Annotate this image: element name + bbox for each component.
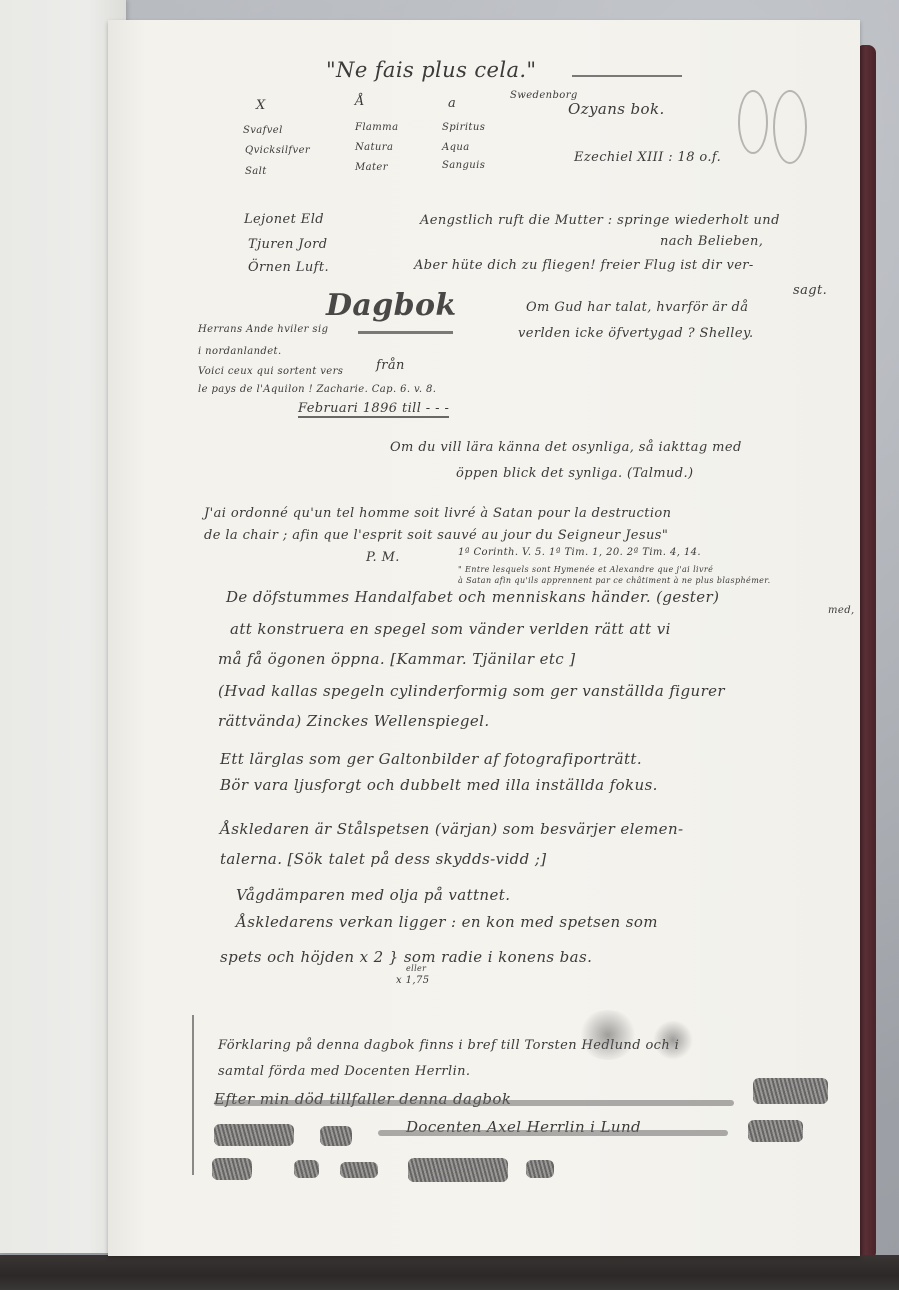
pencil-squiggle-2: [773, 90, 807, 164]
element-line: Tjuren Jord: [248, 237, 327, 252]
talmud-line: öppen blick det synliga. (Talmud.): [456, 466, 693, 481]
symbol-line: Mater: [355, 162, 388, 173]
body-line: (Hvad kallas spegeln cylinderformig som …: [218, 682, 725, 700]
body-line: rättvända) Zinckes Wellenspiegel.: [218, 712, 490, 730]
scribble-out: [753, 1078, 828, 1104]
margin-bracket: [192, 1015, 194, 1175]
symbol-line: Spiritus: [442, 122, 485, 133]
diary-date: Februari 1896 till - - -: [298, 401, 449, 418]
zacharie-line: Voici ceux qui sortent vers: [198, 366, 343, 377]
symbol-line: Salt: [245, 166, 267, 177]
body-line: Ett lärglas som ger Galtonbilder af foto…: [220, 750, 642, 768]
zacharie-line: i nordanlandet.: [198, 346, 282, 357]
german-verse-line: Aengstlich ruft die Mutter : springe wie…: [420, 213, 780, 228]
symbol-line: Qvicksilfver: [245, 145, 310, 156]
closing-line: samtal förda med Docenten Herrlin.: [218, 1064, 470, 1079]
body-line: De döfstummes Handalfabet och menniskans…: [226, 588, 719, 606]
element-line: Lejonet Eld: [244, 212, 324, 227]
symbol-line: Natura: [355, 142, 393, 153]
fran-word: från: [376, 358, 405, 373]
body-line: Bör vara ljusforgt och dubbelt med illa …: [220, 776, 658, 794]
pencil-squiggle: [738, 90, 768, 154]
strikethrough: [378, 1130, 728, 1136]
symbol-line: Aqua: [442, 142, 470, 153]
ozyans-bok: Ozyans bok.: [568, 100, 665, 118]
french-quote-line: J'ai ordonné qu'un tel homme soit livré …: [204, 506, 671, 521]
zacharie-line: Herrans Ande hviler sig: [198, 324, 328, 335]
scribble-out: [214, 1124, 294, 1146]
scribble-out: [340, 1162, 378, 1178]
bible-references: 1ª Corinth. V. 5. 1ª Tim. 1, 20. 2ª Tim.…: [458, 547, 701, 558]
body-line: Åskledaren är Stålspetsen (värjan) som b…: [220, 820, 684, 838]
shadow-area: [0, 1255, 899, 1290]
dagbok-title: Dagbok: [326, 288, 457, 323]
title-underline: [358, 331, 453, 334]
footnote-line: à Satan afin qu'ils apprennent par ce ch…: [458, 576, 771, 585]
header-dash: [572, 75, 682, 77]
scribble-out: [408, 1158, 508, 1182]
symbol-x: X: [256, 98, 266, 113]
scribble-out: [212, 1158, 252, 1180]
symbol-line: Svafvel: [243, 125, 283, 136]
shelley-line: verlden icke öfvertygad ? Shelley.: [518, 326, 754, 341]
body-line: att konstruera en spegel som vänder verl…: [230, 620, 671, 638]
body-line: talerna. [Sök talet på dess skydds-vidd …: [220, 850, 547, 868]
scribble-out: [526, 1160, 554, 1178]
scribble-out: [294, 1160, 319, 1178]
element-line: Örnen Luft.: [248, 260, 329, 275]
shelley-line: Om Gud har talat, hvarför är då: [526, 300, 748, 315]
symbol-a: Å: [355, 94, 365, 109]
body-line: må få ögonen öppna. [Kammar. Tjänilar et…: [218, 650, 576, 668]
german-verse-line: sagt.: [793, 283, 827, 298]
body-line: Vågdämparen med olja på vattnet.: [236, 886, 510, 904]
ezechiel-ref: Ezechiel XIII : 18 o.f.: [574, 150, 721, 165]
german-verse-line: Aber hüte dich zu fliegen! freier Flug i…: [414, 258, 754, 273]
zacharie-line: le pays de l'Aquilon ! Zacharie. Cap. 6.…: [198, 384, 436, 395]
manuscript-page: "Ne fais plus cela." Swedenborg Ozyans b…: [108, 20, 860, 1256]
scribble-out: [748, 1120, 803, 1142]
body-note: med,: [828, 605, 855, 616]
signature-pm: P. M.: [366, 550, 400, 565]
symbol-line: Flamma: [355, 122, 398, 133]
strikethrough: [214, 1100, 734, 1106]
ink-smudge: [653, 1020, 693, 1060]
symbol-small-a: a: [448, 96, 456, 111]
french-quote-line: de la chair ; afin que l'esprit soit sau…: [204, 528, 668, 543]
talmud-line: Om du vill lära känna det osynliga, så i…: [390, 440, 742, 455]
scribble-out: [320, 1126, 352, 1146]
footnote-line: " Entre lesquels sont Hymenée et Alexand…: [458, 565, 713, 574]
body-note: x 1,75: [396, 975, 429, 986]
body-line: Åskledarens verkan ligger : en kon med s…: [236, 913, 658, 931]
german-verse-line: nach Belieben,: [660, 234, 763, 249]
quote-header: "Ne fais plus cela.": [326, 58, 537, 82]
ink-smudge: [578, 1010, 638, 1060]
symbol-line: Sanguis: [442, 160, 485, 171]
book-binding: [858, 45, 876, 1260]
body-note: eller: [406, 964, 426, 973]
